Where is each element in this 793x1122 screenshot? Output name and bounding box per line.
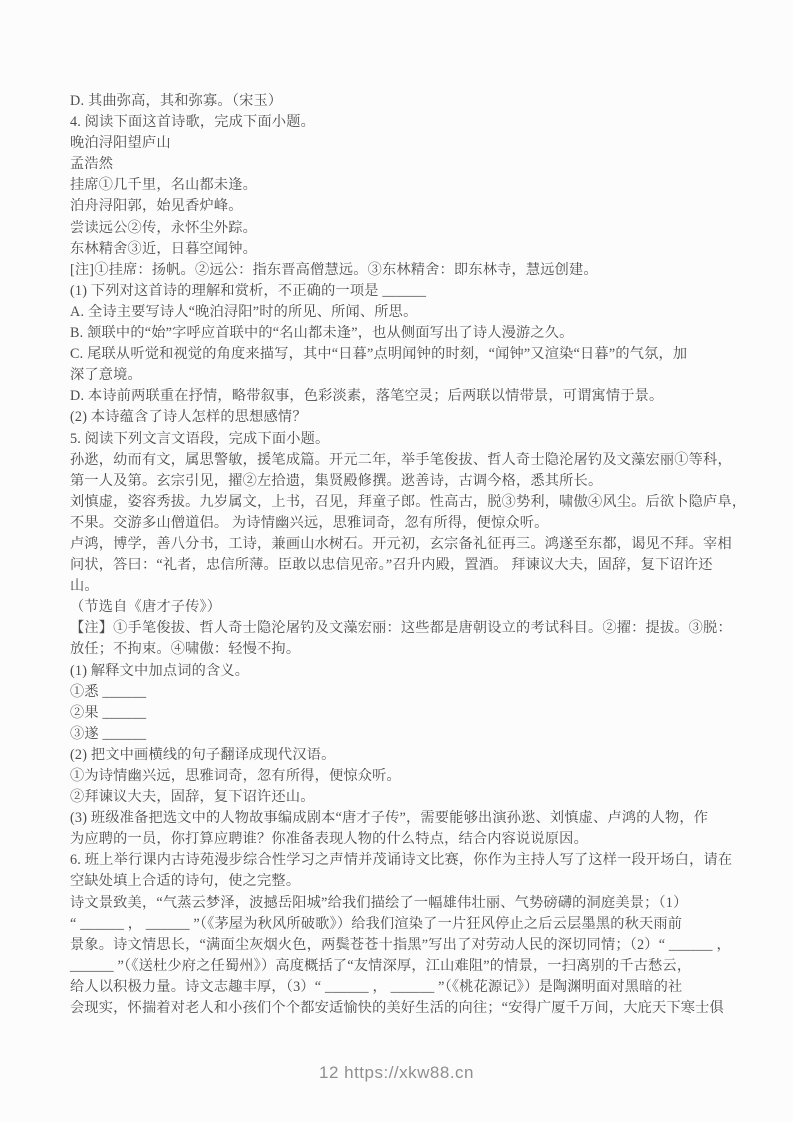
page-footer: 12 https://xkw88.cn: [0, 1063, 793, 1083]
q4-sub2-prompt-line: (2) 本诗蕴含了诗人怎样的思想感情？: [70, 407, 747, 428]
q5-blank-sui-line: ③遂 ______: [70, 724, 747, 745]
q5-sub3-line-2: 为应聘的一员，你打算应聘谁？你准备表现人物的什么特点，结合内容说说原因。: [70, 829, 747, 850]
q5-sub2-prompt-line: (2) 把文中画横线的句子翻译成现代汉语。: [70, 745, 747, 766]
q6-body-line-5: 给人以积极力量。诗文志趣丰厚，（3）“ ______ ， ______ ”（《桃…: [70, 977, 747, 998]
q4-poem-title: 晚泊浔阳望庐山: [70, 133, 747, 154]
q5-passage-line-1: 孙逖，幼而有文，属思警敏，援笔成篇。开元二年，举手笔俊拔、哲人奇士隐沦屠钓及文藻…: [70, 450, 747, 471]
q5-note-line-2: 放任；不拘束。④啸傲：轻慢不拘。: [70, 639, 747, 660]
question-6-section: 6. 班上举行课内古诗苑漫步综合性学习之声情并茂诵诗文比赛，你作为主持人写了这样…: [70, 850, 747, 1019]
q4-sub1-prompt-line: (1) 下列对这首诗的理解和赏析，不正确的一项是 ______: [70, 281, 747, 302]
q4-option-c-line-1: C. 尾联从听觉和视觉的角度来描写，其中“日暮”点明闻钟的时刻，“闻钟”又渲染“…: [70, 344, 747, 365]
q4-option-d-line: D. 本诗前两联重在抒情，略带叙事，色彩淡素，落笔空灵；后两联以情带景，可谓寓情…: [70, 386, 747, 407]
q6-body-line-1: 诗文景致美，“气蒸云梦泽，波撼岳阳城”给我们描绘了一幅雄伟壮丽、气势磅礴的洞庭美…: [70, 893, 747, 914]
page-number-and-url: 12 https://xkw88.cn: [319, 1063, 474, 1082]
q4-poem-verse-4: 东林精舍③近，日暮空闻钟。: [70, 239, 747, 260]
q4-poem-verse-2: 泊舟浔阳郭，始见香炉峰。: [70, 196, 747, 217]
prev-option-d-line: D. 其曲弥高，其和弥寡。（宋玉）: [70, 91, 747, 112]
question-5-section: 5. 阅读下列文言文语段，完成下面小题。 孙逖，幼而有文，属思警敏，援笔成篇。开…: [70, 429, 747, 851]
question-4-section: 4. 阅读下面这首诗歌，完成下面小题。 晚泊浔阳望庐山 孟浩然 挂席①几千里，名…: [70, 112, 747, 428]
q5-sub1-prompt-line: (1) 解释文中加点词的含义。: [70, 661, 747, 682]
prev-question-section: D. 其曲弥高，其和弥寡。（宋玉）: [70, 91, 747, 112]
q5-translate-sentence-2-line: ②拜谏议大夫，固辞，复下诏许还山。: [70, 787, 747, 808]
exam-page-content: D. 其曲弥高，其和弥寡。（宋玉） 4. 阅读下面这首诗歌，完成下面小题。 晚泊…: [70, 91, 747, 1019]
q5-passage-line-7: 山。: [70, 576, 747, 597]
q4-poem-note-line: [注]①挂席：扬帆。②远公：指东晋高僧慧远。③东林精舍：即东林寺，慧远创建。: [70, 260, 747, 281]
q5-passage-line-2: 第一人及第。玄宗引见，擢②左拾遗，集贤殿修撰。逖善诗，古调今格，悉其所长。: [70, 471, 747, 492]
q4-intro-line: 4. 阅读下面这首诗歌，完成下面小题。: [70, 112, 747, 133]
q6-intro-line-1: 6. 班上举行课内古诗苑漫步综合性学习之声情并茂诵诗文比赛，你作为主持人写了这样…: [70, 850, 747, 871]
q5-blank-guo-line: ②果 ______: [70, 703, 747, 724]
q6-body-line-4: ______ ”（《送杜少府之任蜀州》）高度概括了“友情深厚，江山难阻”的情景，…: [70, 956, 747, 977]
q5-passage-line-4: 不果。交游多山僧道侣。 为诗情幽兴远，思雅词奇，忽有所得，便惊众听。: [70, 513, 747, 534]
q4-option-b-line: B. 颔联中的“始”字呼应首联中的“名山都未逢”，也从侧面写出了诗人漫游之久。: [70, 323, 747, 344]
q5-passage-line-6: 问状，答曰：“礼者，忠信所薄。臣敢以忠信见帝。”召升内殿，置酒。 拜谏议大夫，固…: [70, 555, 747, 576]
q5-translate-sentence-1-line: ①为诗情幽兴远，思雅词奇，忽有所得，便惊众听。: [70, 766, 747, 787]
q6-body-line-6: 会现实，怀揣着对老人和小孩们个个都安适愉快的美好生活的向往；“安得广厦千万间，大…: [70, 998, 747, 1019]
q6-body-line-2: “ ______ ， ______ ”（《茅屋为秋风所破歌》）给我们渲染了一片狂…: [70, 914, 747, 935]
q5-intro-line: 5. 阅读下列文言文语段，完成下面小题。: [70, 429, 747, 450]
q4-poem-verse-3: 尝读远公②传，永怀尘外踪。: [70, 218, 747, 239]
q5-passage-line-5: 卢鸿，博学，善八分书，工诗，兼画山水树石。开元初，玄宗备礼征再三。鸿遂至东都，谒…: [70, 534, 747, 555]
q5-passage-line-3: 刘慎虚，姿容秀拔。九岁属文，上书，召见，拜童子郎。性高古，脱③势利，啸傲④风尘。…: [70, 492, 747, 513]
q6-intro-line-2: 空缺处填上合适的诗句，使之完整。: [70, 871, 747, 892]
q5-sub3-line-1: (3) 班级准备把选文中的人物故事编成剧本“唐才子传”，需要能够出演孙逖、刘慎虚…: [70, 808, 747, 829]
q4-option-c-line-2: 深了意境。: [70, 365, 747, 386]
q5-note-line-1: 【注】①手笔俊拔、哲人奇士隐沦屠钓及文藻宏丽：这些都是唐朝设立的考试科目。②擢：…: [70, 618, 747, 639]
q5-source-line: （节选自《唐才子传》）: [70, 597, 747, 618]
q4-option-a-line: A. 全诗主要写诗人“晚泊浔阳”时的所见、所闻、所思。: [70, 302, 747, 323]
q4-poem-verse-1: 挂席①几千里，名山都未逢。: [70, 175, 747, 196]
q5-blank-xi-line: ①悉 ______: [70, 682, 747, 703]
q4-poem-author: 孟浩然: [70, 154, 747, 175]
q6-body-line-3: 景象。诗文情思长，“满面尘灰烟火色，两鬓苍苍十指黑”写出了对劳动人民的深切同情；…: [70, 935, 747, 956]
